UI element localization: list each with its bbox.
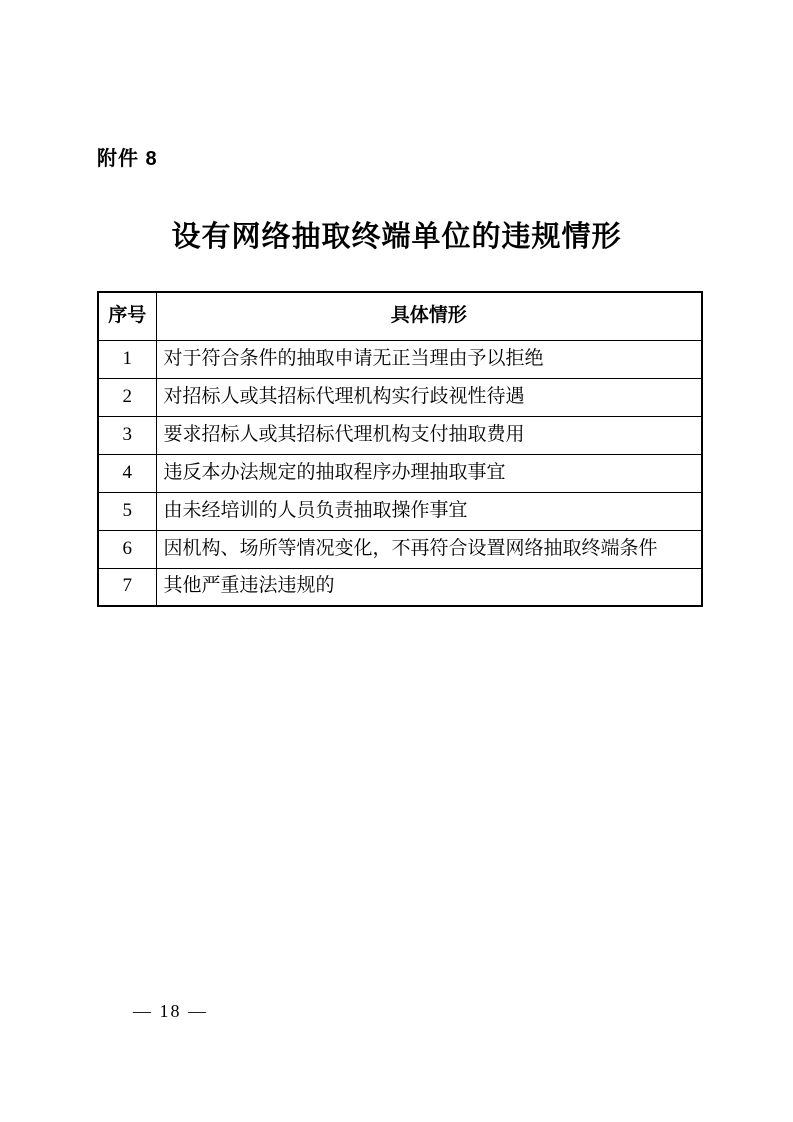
attachment-label: 附件 8 (97, 142, 158, 171)
row-number: 3 (98, 416, 156, 454)
violations-table: 序号 具体情形 1对于符合条件的抽取申请无正当理由予以拒绝2对招标人或其招标代理… (97, 291, 703, 607)
document-page: 附件 8 设有网络抽取终端单位的违规情形 序号 具体情形 1对于符合条件的抽取申… (0, 0, 793, 1122)
row-situation-text: 对于符合条件的抽取申请无正当理由予以拒绝 (156, 340, 702, 378)
row-situation-text: 对招标人或其招标代理机构实行歧视性待遇 (156, 378, 702, 416)
row-number: 6 (98, 530, 156, 568)
header-cell-situation: 具体情形 (156, 292, 702, 340)
table-row: 3要求招标人或其招标代理机构支付抽取费用 (98, 416, 702, 454)
table-row: 5由未经培训的人员负责抽取操作事宜 (98, 492, 702, 530)
table-row: 7其他严重违法违规的 (98, 568, 702, 606)
row-situation-text: 因机构、场所等情况变化，不再符合设置网络抽取终端条件 (156, 530, 702, 568)
table-body: 1对于符合条件的抽取申请无正当理由予以拒绝2对招标人或其招标代理机构实行歧视性待… (98, 340, 702, 606)
row-number: 2 (98, 378, 156, 416)
row-situation-text: 要求招标人或其招标代理机构支付抽取费用 (156, 416, 702, 454)
table-row: 2对招标人或其招标代理机构实行歧视性待遇 (98, 378, 702, 416)
row-number: 1 (98, 340, 156, 378)
row-situation-text: 违反本办法规定的抽取程序办理抽取事宜 (156, 454, 702, 492)
table-row: 6因机构、场所等情况变化，不再符合设置网络抽取终端条件 (98, 530, 702, 568)
row-number: 4 (98, 454, 156, 492)
table-row: 1对于符合条件的抽取申请无正当理由予以拒绝 (98, 340, 702, 378)
page-title: 设有网络抽取终端单位的违规情形 (0, 214, 793, 255)
row-situation-text: 由未经培训的人员负责抽取操作事宜 (156, 492, 702, 530)
row-situation-text: 其他严重违法违规的 (156, 568, 702, 606)
row-number: 7 (98, 568, 156, 606)
row-number: 5 (98, 492, 156, 530)
table-header-row: 序号 具体情形 (98, 292, 702, 340)
table-row: 4违反本办法规定的抽取程序办理抽取事宜 (98, 454, 702, 492)
page-number: — 18 — (133, 1001, 208, 1022)
header-cell-number: 序号 (98, 292, 156, 340)
